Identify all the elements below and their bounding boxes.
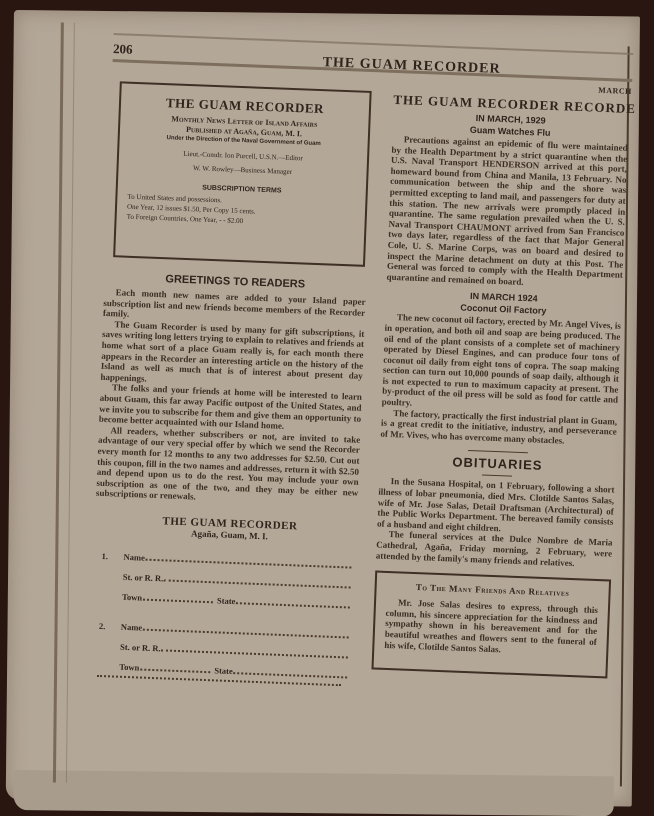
running-head: 206 THE GUAM RECORDER MARCH xyxy=(112,31,633,91)
book-page: 206 THE GUAM RECORDER MARCH THE GUAM REC… xyxy=(6,10,640,807)
street-label: St. or R. R. xyxy=(123,572,164,584)
left-column: GREETINGS TO READERS Each month new name… xyxy=(89,267,367,687)
masthead-manager: W. W. Rowley—Business Manager xyxy=(124,162,360,179)
right-column: THE GUAM RECORDER RECORDE IN MARCH, 1929… xyxy=(371,90,629,679)
subscription-coupon[interactable]: THE GUAM RECORDER Agaña, Guam, M. I. 1. … xyxy=(89,513,357,687)
obituary-paragraph: In the Susana Hospital, on 1 February, f… xyxy=(377,476,615,538)
head-rule-top xyxy=(114,33,634,55)
thanks-text: Mr. Jose Salas desires to express, throu… xyxy=(384,597,598,658)
binding-line xyxy=(53,22,64,782)
obituaries-heading: OBITUARIES xyxy=(379,452,615,476)
town-blank[interactable] xyxy=(140,667,210,673)
state-label: State xyxy=(217,595,236,606)
town-label: Town xyxy=(119,662,139,673)
thanks-notice-box: To The Many Friends And Relatives Mr. Jo… xyxy=(371,571,611,679)
record-text: The new coconut oil factory, erected by … xyxy=(382,312,621,416)
binding-line-faint xyxy=(66,23,75,783)
greetings-paragraph: All readers, whether subscribers or not,… xyxy=(96,424,361,508)
state-blank[interactable] xyxy=(234,671,348,678)
running-month: MARCH xyxy=(598,86,632,96)
name-label: Name xyxy=(123,552,145,563)
section-rule xyxy=(468,450,528,453)
town-label: Town xyxy=(122,592,142,603)
state-label: State xyxy=(214,665,233,676)
page-content: 206 THE GUAM RECORDER MARCH THE GUAM REC… xyxy=(85,31,634,810)
thanks-heading: To The Many Friends And Relatives xyxy=(386,581,598,599)
name-label: Name xyxy=(121,622,143,633)
subscription-terms: To United States and possessions. One Ye… xyxy=(122,192,359,231)
street-label: St. or R. R. xyxy=(120,642,161,654)
entry-number: 2. xyxy=(99,621,121,632)
greetings-paragraph: The Guam Recorder is used by many for gi… xyxy=(100,319,364,393)
masthead-box: THE GUAM RECORDER Monthly News Letter of… xyxy=(113,81,372,267)
entry-number: 1. xyxy=(101,551,123,562)
section-rule xyxy=(482,475,512,477)
record-text: Precautions against an epidemic of flu w… xyxy=(386,134,628,291)
page-number: 206 xyxy=(113,41,133,58)
